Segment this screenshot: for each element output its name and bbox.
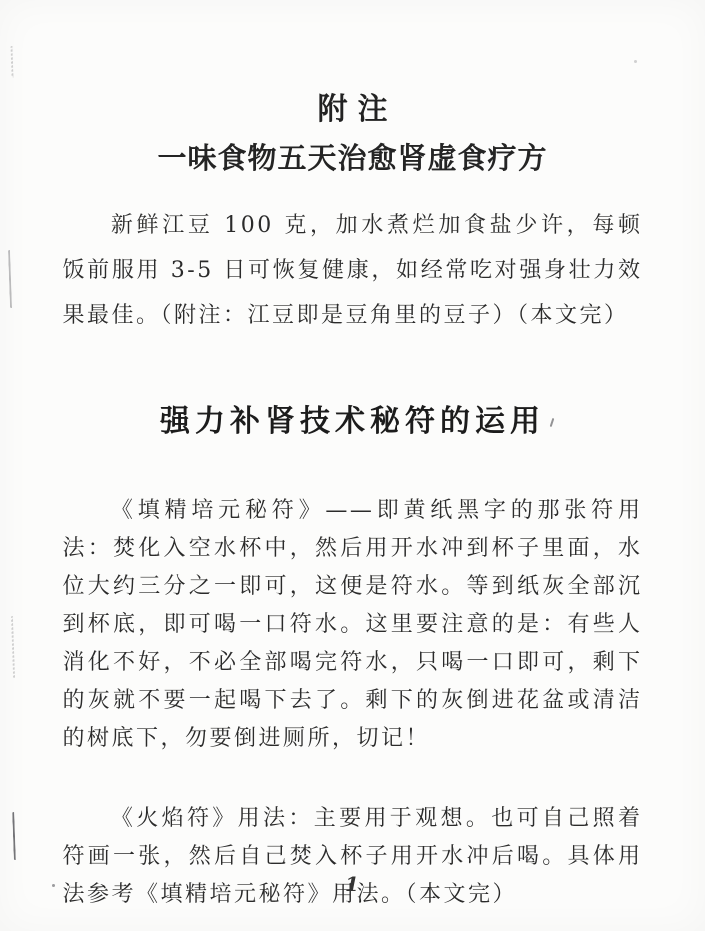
scanned-document-page: 附注 一味食物五天治愈肾虚食疗方 新鲜江豆 100 克，加水煮烂加食盐少许，每顿… — [0, 0, 705, 931]
scan-artifact-speck — [634, 60, 637, 63]
page-number: 1 — [0, 872, 705, 896]
section-heading: 强力补肾技术秘符的运用 — [0, 396, 705, 440]
note-subtitle: 一味食物五天治愈肾虚食疗方 — [0, 136, 705, 177]
note-body-paragraph: 新鲜江豆 100 克，加水煮烂加食盐少许，每顿饭前服用 3-5 日可恢复健康，如… — [63, 203, 643, 338]
scan-artifact-mark — [8, 250, 13, 308]
scan-artifact-mark — [12, 812, 17, 860]
scan-artifact-mark — [11, 616, 16, 678]
scan-artifact-mark — [10, 46, 14, 78]
section-paragraph-fill-essence-talisman: 《填精培元秘符》——即黄纸黑字的那张符用法：焚化入空水杯中，然后用开水冲到杯子里… — [63, 492, 643, 758]
section-paragraph-flame-talisman: 《火焰符》用法：主要用于观想。也可自己照着符画一张，然后自己焚入杯子用开水冲后喝… — [63, 800, 643, 914]
note-title: 附注 — [0, 84, 705, 128]
